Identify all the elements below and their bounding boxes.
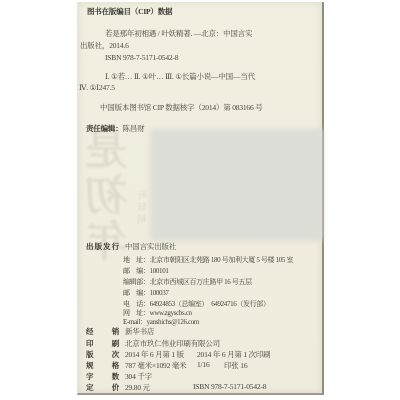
format-label: 规格 — [86, 360, 119, 371]
zip-row: 邮 编：100101 — [123, 266, 169, 276]
printing-label: 印刷 — [86, 338, 119, 349]
cip-title-line: 若是那年初相遇 / 叶妖精著. —北京：中国言实 — [105, 29, 252, 38]
format-size-value: 787 毫米×1092 毫米 — [125, 360, 186, 371]
price-isbn-value: ISBN 978-7-5171-0542-8 — [193, 382, 266, 391]
phone-value: 64924853（总编室） 64924716（发行部） — [150, 300, 270, 308]
showthrough-author-glyphs: 叶妖精 — [136, 190, 151, 226]
printing-value: 北京市玖仁伟业印刷有限公司 — [125, 338, 220, 349]
cip-title-line-2: 出版社，2014.6 — [80, 41, 129, 50]
price-value: 29.80 元 — [125, 382, 150, 393]
cip-isbn-line: ISBN 978-7-5171-0542-8 — [105, 53, 178, 62]
format-fraction-value: 1/16 — [197, 360, 210, 369]
zip-label: 邮 编： — [123, 267, 150, 275]
publisher-label: 出版发行 — [86, 241, 119, 252]
distribution-row: 经销 新华书店 — [78, 326, 322, 336]
website-value: www.zgyscbs.cn — [150, 309, 192, 317]
edition-row: 版次 2014 年 6 月第 1 版 2014 年 6 月第 1 次印刷 — [78, 349, 322, 359]
zip2-value: 100037 — [150, 289, 169, 297]
editorial-dept-row: 编辑部：北京市西城区百万庄路甲 16 号五层 — [123, 277, 252, 287]
format-row: 规格 787 毫米×1092 毫米 1/16 印张 16 — [78, 360, 322, 370]
word-count-row: 字数 304 千字 — [78, 371, 322, 381]
ghost-glyph: 是 — [85, 128, 127, 174]
publisher-row: 出版发行 中国言实出版社 — [78, 241, 322, 251]
edition-label: 版次 — [86, 349, 119, 360]
cip-classification-line: Ⅰ. ①若… Ⅱ. ①叶… Ⅲ. ①长篇小说—中国—当代 — [105, 72, 255, 81]
sheets-value: 印张 16 — [224, 360, 247, 371]
responsible-editor-line: 责任编辑：陈昌财 — [86, 124, 144, 133]
cip-header: 图书在版编目（CIP）数据 — [87, 7, 172, 16]
cip-record-number-line: 中国版本图书馆 CIP 数据核字（2014）第 083166 号 — [100, 103, 263, 112]
distribution-label: 经销 — [86, 326, 119, 337]
email-value: yanshichs@126.com — [147, 318, 199, 326]
email-label: E-mail： — [123, 318, 147, 326]
edition-value: 2014 年 6 月第 1 版 — [125, 349, 184, 360]
impression-value: 2014 年 6 月第 1 次印刷 — [197, 349, 270, 360]
printing-row: 印刷 北京市玖仁伟业印刷有限公司 — [78, 338, 322, 348]
reverse-side-showthrough — [150, 129, 323, 241]
editorial-dept-value: 北京市西城区百万庄路甲 16 号五层 — [150, 278, 252, 286]
address-value: 北京市朝阳区北苑路 180 号加利大厦 5 号楼 105 室 — [150, 256, 294, 264]
distribution-value: 新华书店 — [125, 326, 154, 337]
word-count-value: 304 千字 — [125, 371, 152, 382]
copyright-page: 是 初 年 叶妖精 图书在版编目（CIP）数据 若是那年初相遇 / 叶妖精著. … — [77, 2, 324, 395]
editorial-dept-label: 编辑部： — [123, 278, 150, 286]
responsible-editor-name: 陈昌财 — [123, 124, 145, 133]
cip-classification-line-2: Ⅳ. ①Ⅰ247.5 — [79, 83, 115, 92]
publisher-name: 中国言实出版社 — [125, 241, 176, 252]
price-label: 定价 — [86, 382, 119, 393]
zip2-row: 邮 编：100037 — [123, 288, 169, 298]
price-row: 定价 29.80 元 ISBN 978-7-5171-0542-8 — [78, 382, 322, 392]
word-count-label: 字数 — [86, 371, 119, 382]
address-label: 地 址： — [123, 256, 150, 264]
zip2-label: 邮 编： — [123, 289, 150, 297]
address-row: 地 址：北京市朝阳区北苑路 180 号加利大厦 5 号楼 105 室 — [123, 255, 293, 265]
phone-label: 电 话： — [123, 300, 150, 308]
zip-value: 100101 — [150, 267, 169, 275]
ghost-glyph: 初 — [85, 174, 127, 220]
responsible-editor-label: 责任编辑： — [86, 124, 123, 133]
website-label: 网 址： — [123, 309, 150, 317]
